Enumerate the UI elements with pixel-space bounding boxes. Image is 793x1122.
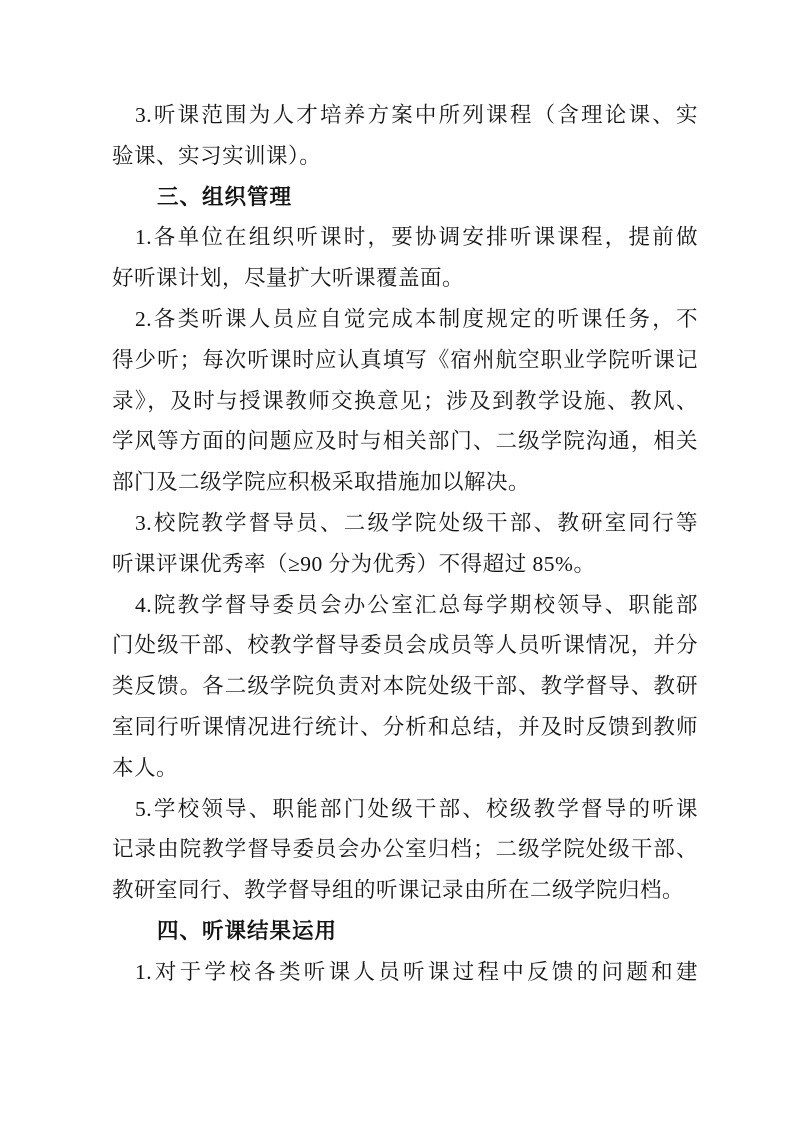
paragraph: 3.校院教学督导员、二级学院处级干部、教研室同行等 听课评课优秀率（≥90 分为… <box>112 503 698 585</box>
paragraph-line: 录》，及时与授课教师交换意见；涉及到教学设施、教风、 <box>112 381 698 422</box>
paragraph-line: 4.院教学督导委员会办公室汇总每学期校领导、职能部 <box>112 585 698 626</box>
paragraph-line: 得少听；每次听课时应认真填写《宿州航空职业学院听课记 <box>112 340 698 381</box>
paragraph-line: 室同行听课情况进行统计、分析和总结，并及时反馈到教师 <box>112 707 698 748</box>
paragraph-line: 门处级干部、校教学督导委员会成员等人员听课情况，并分 <box>112 625 698 666</box>
paragraph-line: 好听课计划，尽量扩大听课覆盖面。 <box>112 258 698 299</box>
paragraph: 2.各类听课人员应自觉完成本制度规定的听课任务，不 得少听；每次听课时应认真填写… <box>112 299 698 503</box>
paragraph-line: 1.各单位在组织听课时，要协调安排听课课程，提前做 <box>112 217 698 258</box>
section-heading-text: 四、听课结果运用 <box>112 911 698 952</box>
paragraph-line: 3.校院教学督导员、二级学院处级干部、教研室同行等 <box>112 503 698 544</box>
paragraph-line: 教研室同行、教学督导组的听课记录由所在二级学院归档。 <box>112 870 698 911</box>
paragraph: 4.院教学督导委员会办公室汇总每学期校领导、职能部 门处级干部、校教学督导委员会… <box>112 585 698 789</box>
paragraph-line: 记录由院教学督导委员会办公室归档；二级学院处级干部、 <box>112 829 698 870</box>
paragraph-line: 1.对于学校各类听课人员听课过程中反馈的问题和建 <box>112 952 698 993</box>
paragraph-line: 5.学校领导、职能部门处级干部、校级教学督导的听课 <box>112 789 698 830</box>
document-page: 3.听课范围为人才培养方案中所列课程（含理论课、实 验课、实习实训课）。 三、组… <box>0 0 793 1122</box>
section-heading: 三、组织管理 <box>112 177 698 218</box>
paragraph-line: 2.各类听课人员应自觉完成本制度规定的听课任务，不 <box>112 299 698 340</box>
paragraph-line: 类反馈。各二级学院负责对本院处级干部、教学督导、教研 <box>112 666 698 707</box>
paragraph: 5.学校领导、职能部门处级干部、校级教学督导的听课 记录由院教学督导委员会办公室… <box>112 789 698 911</box>
paragraph-line: 部门及二级学院应积极采取措施加以解决。 <box>112 462 698 503</box>
section-heading: 四、听课结果运用 <box>112 911 698 952</box>
paragraph-line: 听课评课优秀率（≥90 分为优秀）不得超过 85%。 <box>112 544 698 585</box>
paragraph-line: 3.听课范围为人才培养方案中所列课程（含理论课、实 <box>112 95 698 136</box>
text-body: 3.听课范围为人才培养方案中所列课程（含理论课、实 验课、实习实训课）。 三、组… <box>112 95 698 993</box>
paragraph: 1.对于学校各类听课人员听课过程中反馈的问题和建 <box>112 952 698 993</box>
paragraph-line: 验课、实习实训课）。 <box>112 136 698 177</box>
paragraph: 1.各单位在组织听课时，要协调安排听课课程，提前做 好听课计划，尽量扩大听课覆盖… <box>112 217 698 299</box>
paragraph-line: 学风等方面的问题应及时与相关部门、二级学院沟通，相关 <box>112 421 698 462</box>
section-heading-text: 三、组织管理 <box>112 177 698 218</box>
paragraph-line: 本人。 <box>112 748 698 789</box>
paragraph: 3.听课范围为人才培养方案中所列课程（含理论课、实 验课、实习实训课）。 <box>112 95 698 177</box>
